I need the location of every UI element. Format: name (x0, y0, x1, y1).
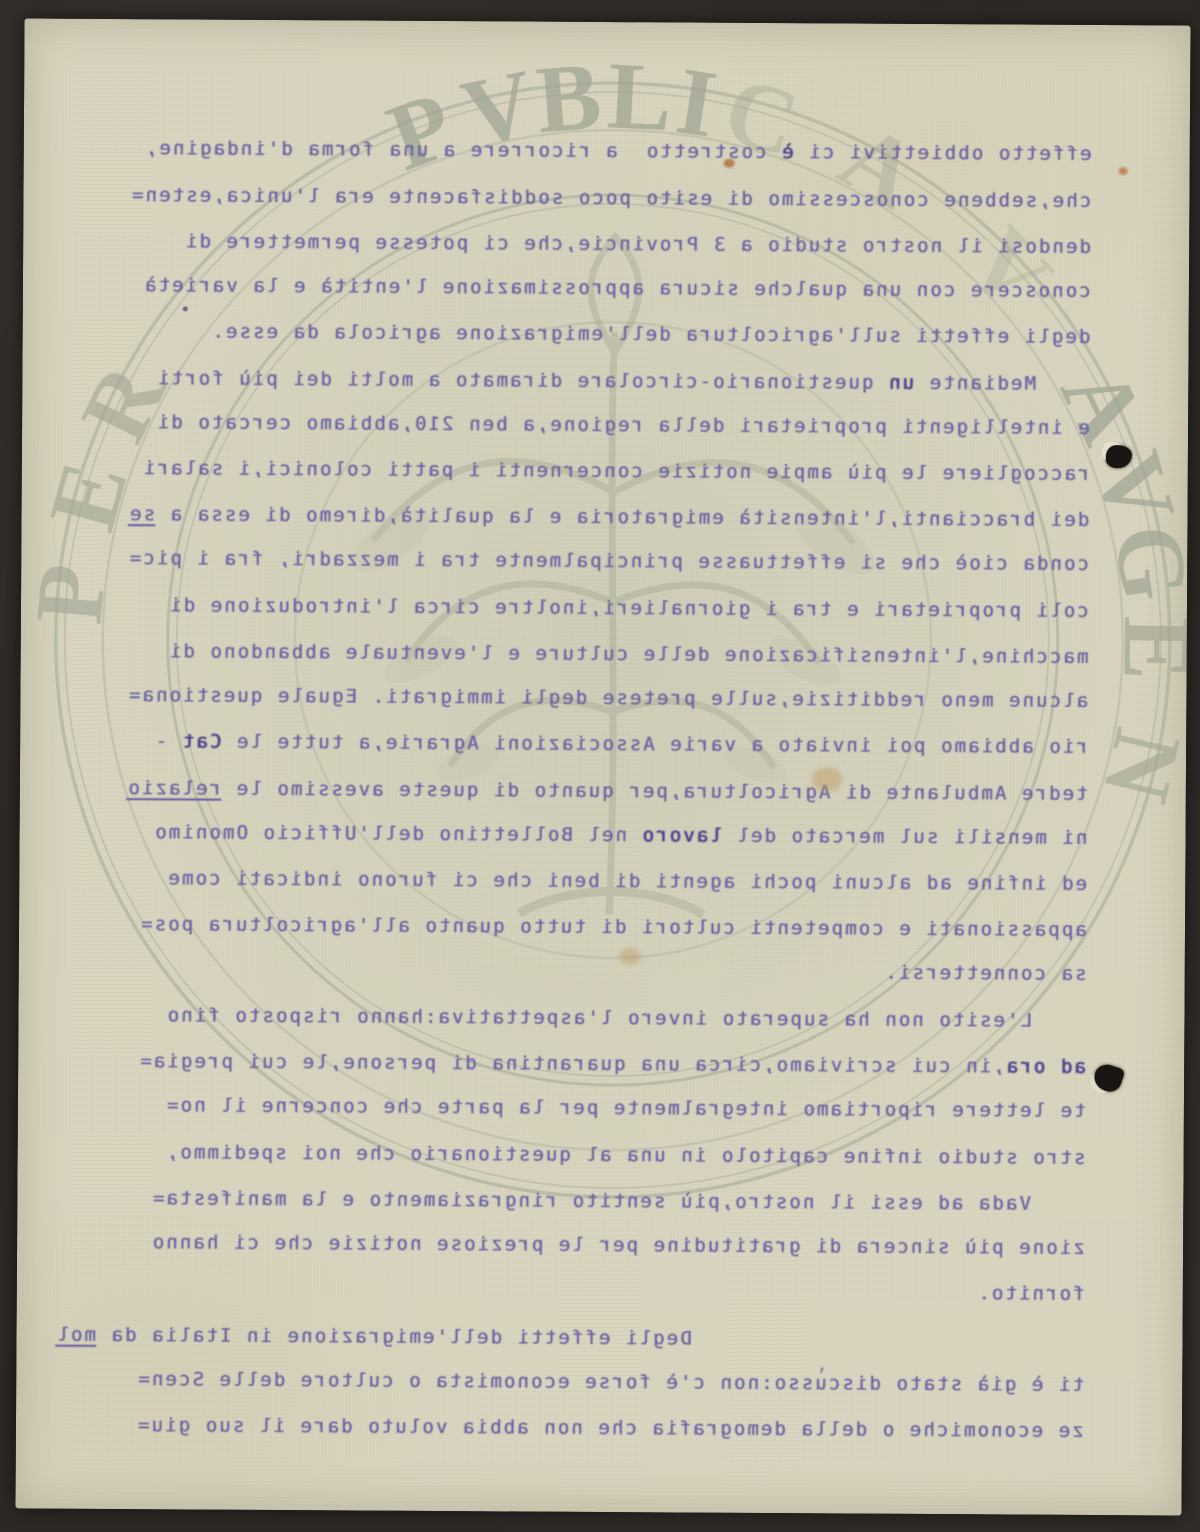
bold-ink-text: Cat (181, 731, 222, 753)
ink-text: alcune meno redditizie,sulle pretese deg… (127, 684, 1088, 712)
typescript-line: alcune meno redditizie,sulle pretese deg… (127, 686, 1088, 711)
ink-text: fornito. (976, 1283, 1084, 1306)
ink-text: ed infine ad alcuni pochi agenti di beni… (167, 867, 1088, 895)
ink-text: che,sebbene conoscessimo di esito poco s… (130, 184, 1091, 212)
typescript-line: effetto obbiettivi ci è costretto a rico… (144, 139, 1092, 164)
typescript-line: ni mensili sul mercato del lavoro nel Bo… (153, 823, 1087, 848)
typescript-line: sa connettersi. (884, 964, 1087, 984)
ink-text: macchine,l'intensificazione delle cultur… (168, 640, 1089, 668)
typescript-line: raccogliere le più ampie notizie concern… (142, 459, 1090, 484)
typescript-line: Degli effetti dell'emigrazione in Italia… (55, 1325, 1084, 1350)
underlined-text: mol (55, 1323, 96, 1345)
ink-text: sa connettersi. (884, 962, 1087, 985)
typescript-line: dei braccianti,l'intensità emigratoria e… (128, 505, 1089, 530)
ink-text: stro studio infine capitolo in una al qu… (165, 1141, 1086, 1169)
ink-text: L'esito non ha superato invero l'aspetta… (166, 1004, 1087, 1032)
ink-text: conoscere con una qualche sicura appross… (143, 274, 1091, 302)
typescript-line: zione più sincera di gratitudine per le … (151, 1233, 1085, 1258)
ink-text: e intelligenti proprietari della regione… (156, 411, 1090, 439)
ink-text: costretto a ricorrere a una forma d'inda… (144, 137, 780, 163)
typescript-line: fornito. (976, 1285, 1084, 1305)
ink-text: dei braccianti,l'intensità emigratoria e… (155, 504, 1089, 532)
typescript-line: degli effetti sull'agricoltura dell'emig… (211, 323, 1091, 347)
stray-ink-mark: , (816, 1353, 828, 1375)
ink-text: ze economiche o della demografia che non… (136, 1414, 1084, 1442)
ink-text: nel Bollettino dell'Ufficio Omonimo (153, 821, 641, 846)
ink-text: effetto obbiettivi ci (794, 141, 1092, 165)
ink-text: ti è già stato discusso:non c'è forse ec… (136, 1368, 1084, 1396)
ink-text: rio abbiamo poi inviato a varie Associaz… (222, 731, 1089, 758)
typescript-line: macchine,l'intensificazione delle cultur… (168, 642, 1089, 667)
typescript-line: appassionati e competenti cultori di tut… (139, 916, 1087, 941)
typescript-line: ad ora,in cui scriviamo,circa una quaran… (138, 1052, 1086, 1077)
ink-text: appassionati e competenti cultori di tut… (139, 914, 1087, 942)
typescript-line: rio abbiamo poi inviato a varie Associaz… (154, 733, 1088, 758)
typescript-line: te lettere riportiamo integralmente per … (165, 1096, 1086, 1121)
typescript-line: che,sebbene conoscessimo di esito poco s… (130, 186, 1091, 211)
ink-text: dendosi il nostro studio a 3 Provincie,c… (184, 230, 1091, 258)
underlined-text: se (128, 503, 155, 525)
ink-text: ,in cui scriviamo,circa una quarantina d… (138, 1050, 1005, 1077)
typescript-line: L'esito non ha superato invero l'aspetta… (166, 1006, 1087, 1031)
paper-sheet: PERPVBLICAVAVGEN effetto obbiettivi ci è… (15, 18, 1190, 1515)
ink-text: tedre Ambulante di Agricoltura,per quant… (221, 777, 1088, 804)
ink-text: Vada ad essi il nostro,più sentito ringr… (151, 1187, 1085, 1215)
ink-text: raccogliere le più ampie notizie concern… (142, 457, 1090, 485)
underlined-text: relazio (127, 777, 222, 800)
bold-ink-text: è (780, 141, 794, 163)
typescript-line: tedre Ambulante di Agricoltura,per quant… (127, 779, 1088, 804)
ink-text: degli effetti sull'agricoltura dell'emig… (211, 321, 1091, 348)
typescript-line: Vada ad essi il nostro,più sentito ringr… (151, 1189, 1085, 1214)
bold-ink-text: un (887, 371, 914, 393)
ink-text: Mediante (914, 372, 1090, 395)
bold-ink-text: ad ora (1005, 1056, 1086, 1078)
ink-text: - (154, 731, 181, 753)
ink-text: ni mensili sul mercato del (722, 824, 1088, 848)
typescript-line: ed infine ad alcuni pochi agenti di beni… (167, 869, 1088, 894)
ink-text: conda cioè che si effettuasse principalm… (128, 547, 1089, 575)
typescript-line: ti è già stato discusso:non c'è forse ec… (136, 1370, 1084, 1395)
typescript-line: e intelligenti proprietari della regione… (156, 413, 1090, 438)
ink-text: zione più sincera di gratitudine per le … (151, 1231, 1085, 1259)
bold-ink-text: lavoro (641, 824, 722, 846)
typescript-line: dendosi il nostro studio a 3 Provincie,c… (184, 232, 1091, 257)
ink-text: coli proprietari e tra i giornalieri,ino… (168, 594, 1089, 622)
ink-text: te lettere riportiamo integralmente per … (165, 1094, 1086, 1122)
typescript-line: Mediante un questionario-circolare diram… (156, 369, 1090, 394)
ink-text: questionario-circolare diramato a molti … (156, 367, 887, 393)
typescript-line: stro studio infine capitolo in una al qu… (165, 1143, 1086, 1168)
typescript-line: conda cioè che si effettuasse principalm… (128, 549, 1089, 574)
typescript-line: ze economiche o della demografia che non… (136, 1416, 1084, 1441)
typescript-line: conoscere con una qualche sicura appross… (143, 276, 1091, 301)
typescript-line: coli proprietari e tra i giornalieri,ino… (168, 596, 1089, 621)
ink-text: Degli effetti dell'emigrazione in Italia… (96, 1324, 1084, 1352)
typescript-mirrored-layer: effetto obbiettivi ci è costretto a rico… (15, 18, 1190, 1515)
